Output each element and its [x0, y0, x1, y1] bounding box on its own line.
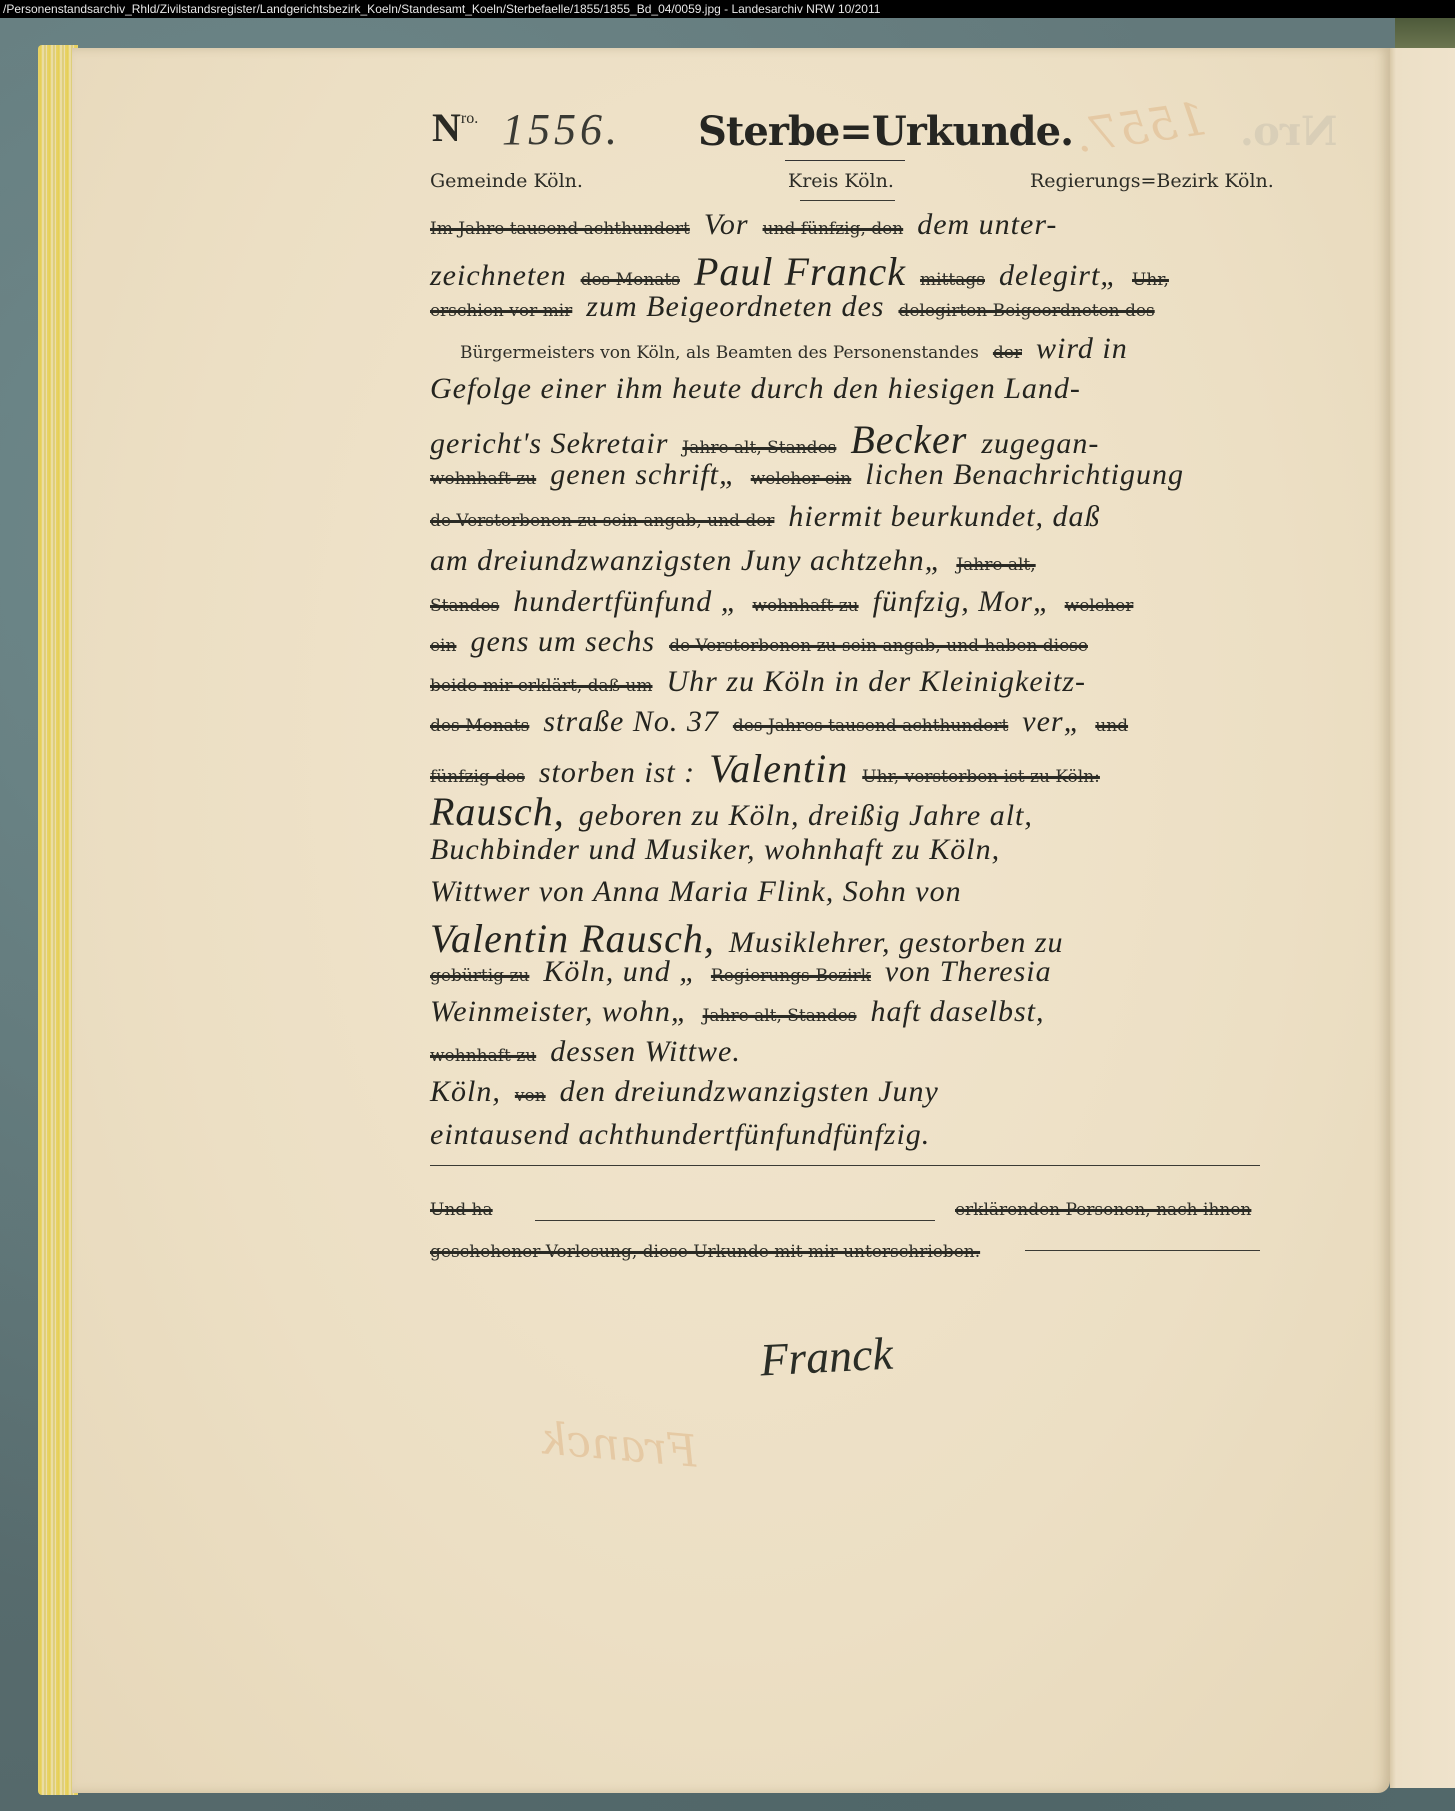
handwritten-text: den dreiundzwanzigsten Juny — [560, 1075, 939, 1108]
body-line: eintausend achthundertfünfundfünfzig. — [430, 1118, 1280, 1158]
body-line: erschien vor mirzum Beigeordneten desdel… — [430, 290, 1280, 330]
struck-print-text: Uhr, — [1132, 270, 1169, 290]
handwritten-text: Valentin — [709, 746, 848, 791]
handwritten-text: fünfzig, Mor„ — [873, 585, 1051, 618]
struck-print-text: fünfzig des — [430, 767, 525, 787]
body-line: eingens um sechsde Verstorbenen zu sein … — [430, 625, 1280, 665]
closing-end-rule — [1025, 1250, 1260, 1251]
struck-print-text: der — [993, 343, 1022, 363]
closing-blank-rule — [535, 1220, 935, 1221]
handwritten-text: Buchbinder und Musiker, wohnhaft zu Köln… — [430, 833, 1000, 866]
title-rule — [785, 160, 905, 161]
window-title: /Personenstandsarchiv_Rhld/Zivilstandsre… — [3, 2, 880, 16]
handwritten-text: zugegan- — [981, 427, 1099, 460]
handwritten-text: Rausch, — [430, 789, 565, 834]
struck-print-text: von — [515, 1086, 546, 1106]
handwritten-text: straße No. 37 — [543, 705, 719, 738]
body-line: des Monatsstraße No. 37des Jahres tausen… — [430, 705, 1280, 745]
closing-line-2: geschehener Vorlesung, diese Urkunde mit… — [430, 1242, 1280, 1282]
body-line: Rausch,geboren zu Köln, dreißig Jahre al… — [430, 788, 1280, 828]
handwritten-text: Köln, — [430, 1075, 501, 1108]
struck-print-text: Jahre alt, — [956, 555, 1035, 575]
handwritten-text: lichen Benachrichtigung — [865, 458, 1184, 491]
handwritten-text: am dreiundzwanzigsten Juny achtzehn„ — [430, 544, 942, 577]
struck-print-text: Uhr, verstorben ist zu Köln: — [862, 767, 1100, 787]
handwritten-text: Wittwer von Anna Maria Flink, Sohn von — [430, 875, 962, 908]
body-line: Im Jahre tausend achthundertVorund fünfz… — [430, 208, 1280, 248]
handwritten-text: Vor — [704, 208, 749, 241]
body-line: am dreiundzwanzigsten Juny achtzehn„Jahr… — [430, 544, 1280, 584]
body-line: Valentin Rausch,Musiklehrer, gestorben z… — [430, 915, 1280, 955]
handwritten-text: storben ist : — [539, 756, 695, 789]
body-line: beide mir erklärt, daß umUhr zu Köln in … — [430, 665, 1280, 705]
struck-print-text: mittags — [920, 270, 985, 290]
body-line: Standeshundertfünfund „wohnhaft zufünfzi… — [430, 585, 1280, 625]
handwritten-text: haft daselbst, — [871, 995, 1045, 1028]
handwritten-text: dessen Wittwe. — [550, 1035, 741, 1068]
struck-print-text: des Jahres tausend achthundert — [733, 716, 1008, 736]
handwritten-text: von Theresia — [885, 955, 1052, 988]
handwritten-text: ver„ — [1022, 705, 1081, 738]
body-line: fünfzig desstorben ist :ValentinUhr, ver… — [430, 745, 1280, 785]
struck-print-text: Regierungs-Bezirk — [711, 966, 871, 986]
body-line: gericht's SekretairJahre alt, StandesBec… — [430, 416, 1280, 456]
handwritten-text: dem unter- — [917, 208, 1057, 241]
handwritten-text: geboren zu Köln, dreißig Jahre alt, — [579, 799, 1033, 832]
handwritten-text: Gefolge einer ihm heute durch den hiesig… — [430, 372, 1081, 405]
closing-struck-left: Und ha — [430, 1200, 493, 1220]
struck-print-text: Jahre alt, Standes — [703, 1006, 857, 1026]
handwritten-text: zeichneten — [430, 259, 567, 292]
body-line: wohnhaft zugenen schrift„welcher einlich… — [430, 458, 1280, 498]
print-text: Bürgermeisters von Köln, als Beamten des… — [460, 343, 979, 363]
official-signature: Franck — [759, 1327, 894, 1387]
body-end-rule — [430, 1165, 1260, 1166]
number-label: Nro. — [432, 104, 478, 151]
struck-print-text: wohnhaft zu — [430, 1046, 536, 1066]
body-line: Wittwer von Anna Maria Flink, Sohn von — [430, 875, 1280, 915]
struck-print-text: delegirten Beigeordneten des — [898, 301, 1154, 321]
handwritten-text: eintausend achthundertfünfundfünfzig. — [430, 1118, 930, 1151]
body-line: Bürgermeisters von Köln, als Beamten des… — [460, 332, 1310, 372]
struck-print-text: wohnhaft zu — [430, 469, 536, 489]
handwritten-text: gens um sechs — [470, 625, 655, 658]
closing-struck-right: erklärenden Personen, nach ihnen — [955, 1200, 1251, 1220]
handwritten-text: hiermit beurkundet, daß — [788, 500, 1100, 533]
struck-print-text: welcher — [1065, 596, 1134, 616]
handwritten-text: gericht's Sekretair — [430, 427, 668, 460]
struck-print-text: de Verstorbenen zu sein angab, und haben… — [669, 636, 1088, 656]
bezirk-label: Regierungs=Bezirk Köln. — [1030, 170, 1274, 192]
body-line: Buchbinder und Musiker, wohnhaft zu Köln… — [430, 833, 1280, 873]
body-line: Gefolge einer ihm heute durch den hiesig… — [430, 372, 1280, 412]
struck-print-text: des Monats — [430, 716, 529, 736]
struck-print-text: wohnhaft zu — [752, 596, 858, 616]
struck-print-text: Standes — [430, 596, 499, 616]
body-line: Köln,vonden dreiundzwanzigsten Juny — [430, 1075, 1280, 1115]
struck-print-text: des Monats — [581, 270, 680, 290]
handwritten-text: zum Beigeordneten des — [586, 290, 884, 323]
body-line: de Verstorbenen zu sein angab, und derhi… — [430, 500, 1280, 540]
kreis-rule — [800, 200, 895, 201]
closing-line-1-right: erklärenden Personen, nach ihnen — [955, 1200, 1275, 1240]
body-line: wohnhaft zudessen Wittwe. — [430, 1035, 1280, 1075]
struck-print-text: Jahre alt, Standes — [682, 438, 836, 458]
struck-print-text: gebürtig zu — [430, 966, 529, 986]
facing-page-edge — [1390, 48, 1455, 1788]
struck-print-text: de Verstorbenen zu sein angab, und der — [430, 511, 774, 531]
handwritten-text: delegirt„ — [999, 259, 1118, 292]
body-line: gebürtig zuKöln, und „Regierungs-Bezirkv… — [430, 955, 1280, 995]
window-title-bar: /Personenstandsarchiv_Rhld/Zivilstandsre… — [0, 0, 1455, 18]
struck-print-text: und — [1095, 716, 1128, 736]
handwritten-text: Paul Franck — [694, 249, 906, 294]
handwritten-text: Becker — [850, 417, 967, 462]
struck-print-text: beide mir erklärt, daß um — [430, 676, 653, 696]
gemeinde-label: Gemeinde Köln. — [430, 170, 583, 192]
handwritten-text: hundertfünfund „ — [513, 585, 738, 618]
body-line: Weinmeister, wohn„Jahre alt, Standeshaft… — [430, 995, 1280, 1035]
document-title: Sterbe=Urkunde. — [698, 108, 1073, 155]
cover-corner — [1395, 18, 1455, 48]
handwritten-text: Köln, und „ — [543, 955, 697, 988]
closing-struck-text: geschehener Vorlesung, diese Urkunde mit… — [430, 1242, 980, 1262]
struck-print-text: ein — [430, 636, 456, 656]
struck-print-text: Im Jahre tausend achthundert — [430, 219, 690, 239]
handwritten-text: Weinmeister, wohn„ — [430, 995, 689, 1028]
bleed-through-no-label: Nro. — [1240, 108, 1338, 155]
body-line: zeichnetendes MonatsPaul Franckmittagsde… — [430, 248, 1280, 288]
struck-print-text: erschien vor mir — [430, 301, 572, 321]
handwritten-text: wird in — [1036, 332, 1128, 365]
struck-print-text: und fünfzig, den — [763, 219, 904, 239]
handwritten-text: genen schrift„ — [550, 458, 737, 491]
handwritten-text: Uhr zu Köln in der Kleinigkeitz- — [667, 665, 1086, 698]
certificate-number: 1556. — [502, 104, 621, 155]
kreis-label: Kreis Köln. — [788, 170, 894, 192]
struck-print-text: welcher ein — [751, 469, 852, 489]
